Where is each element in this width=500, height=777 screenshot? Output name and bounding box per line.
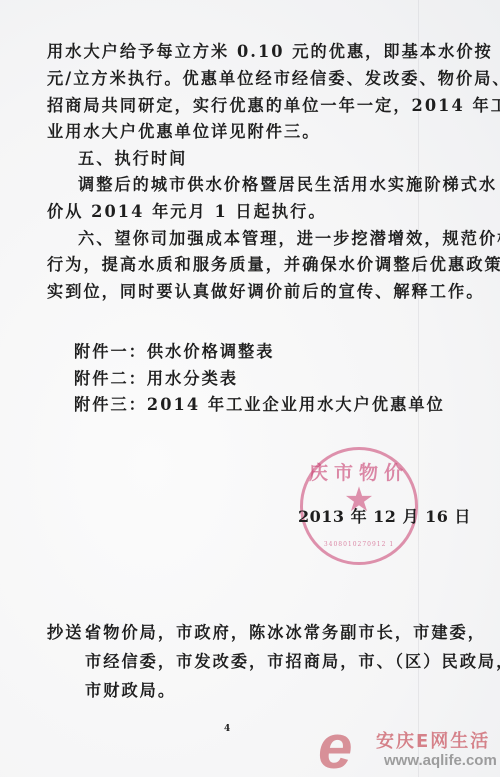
section-five-heading: 五、执行时间: [78, 149, 187, 169]
cc-line: 市财政局。: [85, 681, 176, 701]
watermark-url: www.aqlife.com: [384, 752, 497, 769]
watermark-site-name: 安庆E网生活: [376, 727, 490, 753]
cc-line: 省物价局，市政府，陈冰冰常务副市长，市建委，: [85, 623, 486, 643]
section-five-line: 价从 2014 年元月 1 日起执行。: [47, 202, 327, 222]
section-five-line: 调整后的城市供水价格暨居民生活用水实施阶梯式水: [78, 175, 497, 195]
cc-line: 市经信委，市发改委，市招商局，市、（区）民政局，: [85, 652, 500, 672]
page-number: 4: [224, 724, 230, 734]
attachment-item: 附件一：供水价格调整表: [74, 342, 275, 362]
section-six-line: 六、望你司加强成本管理，进一步挖潜增效，规范价格: [78, 229, 500, 249]
section-six-line: 实到位，同时要认真做好调价前后的宣传、解释工作。: [47, 282, 484, 302]
section-six-line: 行为，提高水质和服务质量，并确保水价调整后优惠政策落: [47, 255, 500, 275]
attachment-item: 附件二：用水分类表: [74, 369, 238, 389]
e-logo-icon: e: [318, 718, 352, 777]
intro-line: 元/立方米执行。优惠单位经市经信委、发改委、物价局、: [47, 69, 500, 89]
attachment-item: 附件三：2014 年工业企业用水大户优惠单位: [74, 395, 445, 415]
issue-date: 2013 年 12 月 16 日: [298, 504, 471, 527]
intro-line: 业用水大户优惠单位详见附件三。: [47, 122, 320, 142]
intro-line: 用水大户给予每立方米 0.10 元的优惠，即基本水价按 1.55: [47, 42, 500, 62]
site-watermark: e 安庆E网生活 www.aqlife.com: [318, 724, 500, 774]
seal-code: 3408010270912 1: [303, 541, 415, 548]
document-page: 用水大户给予每立方米 0.10 元的优惠，即基本水价按 1.55 元/立方米执行…: [0, 0, 500, 777]
intro-line: 招商局共同研定，实行优惠的单位一年一定，2014 年工业企: [47, 96, 500, 116]
